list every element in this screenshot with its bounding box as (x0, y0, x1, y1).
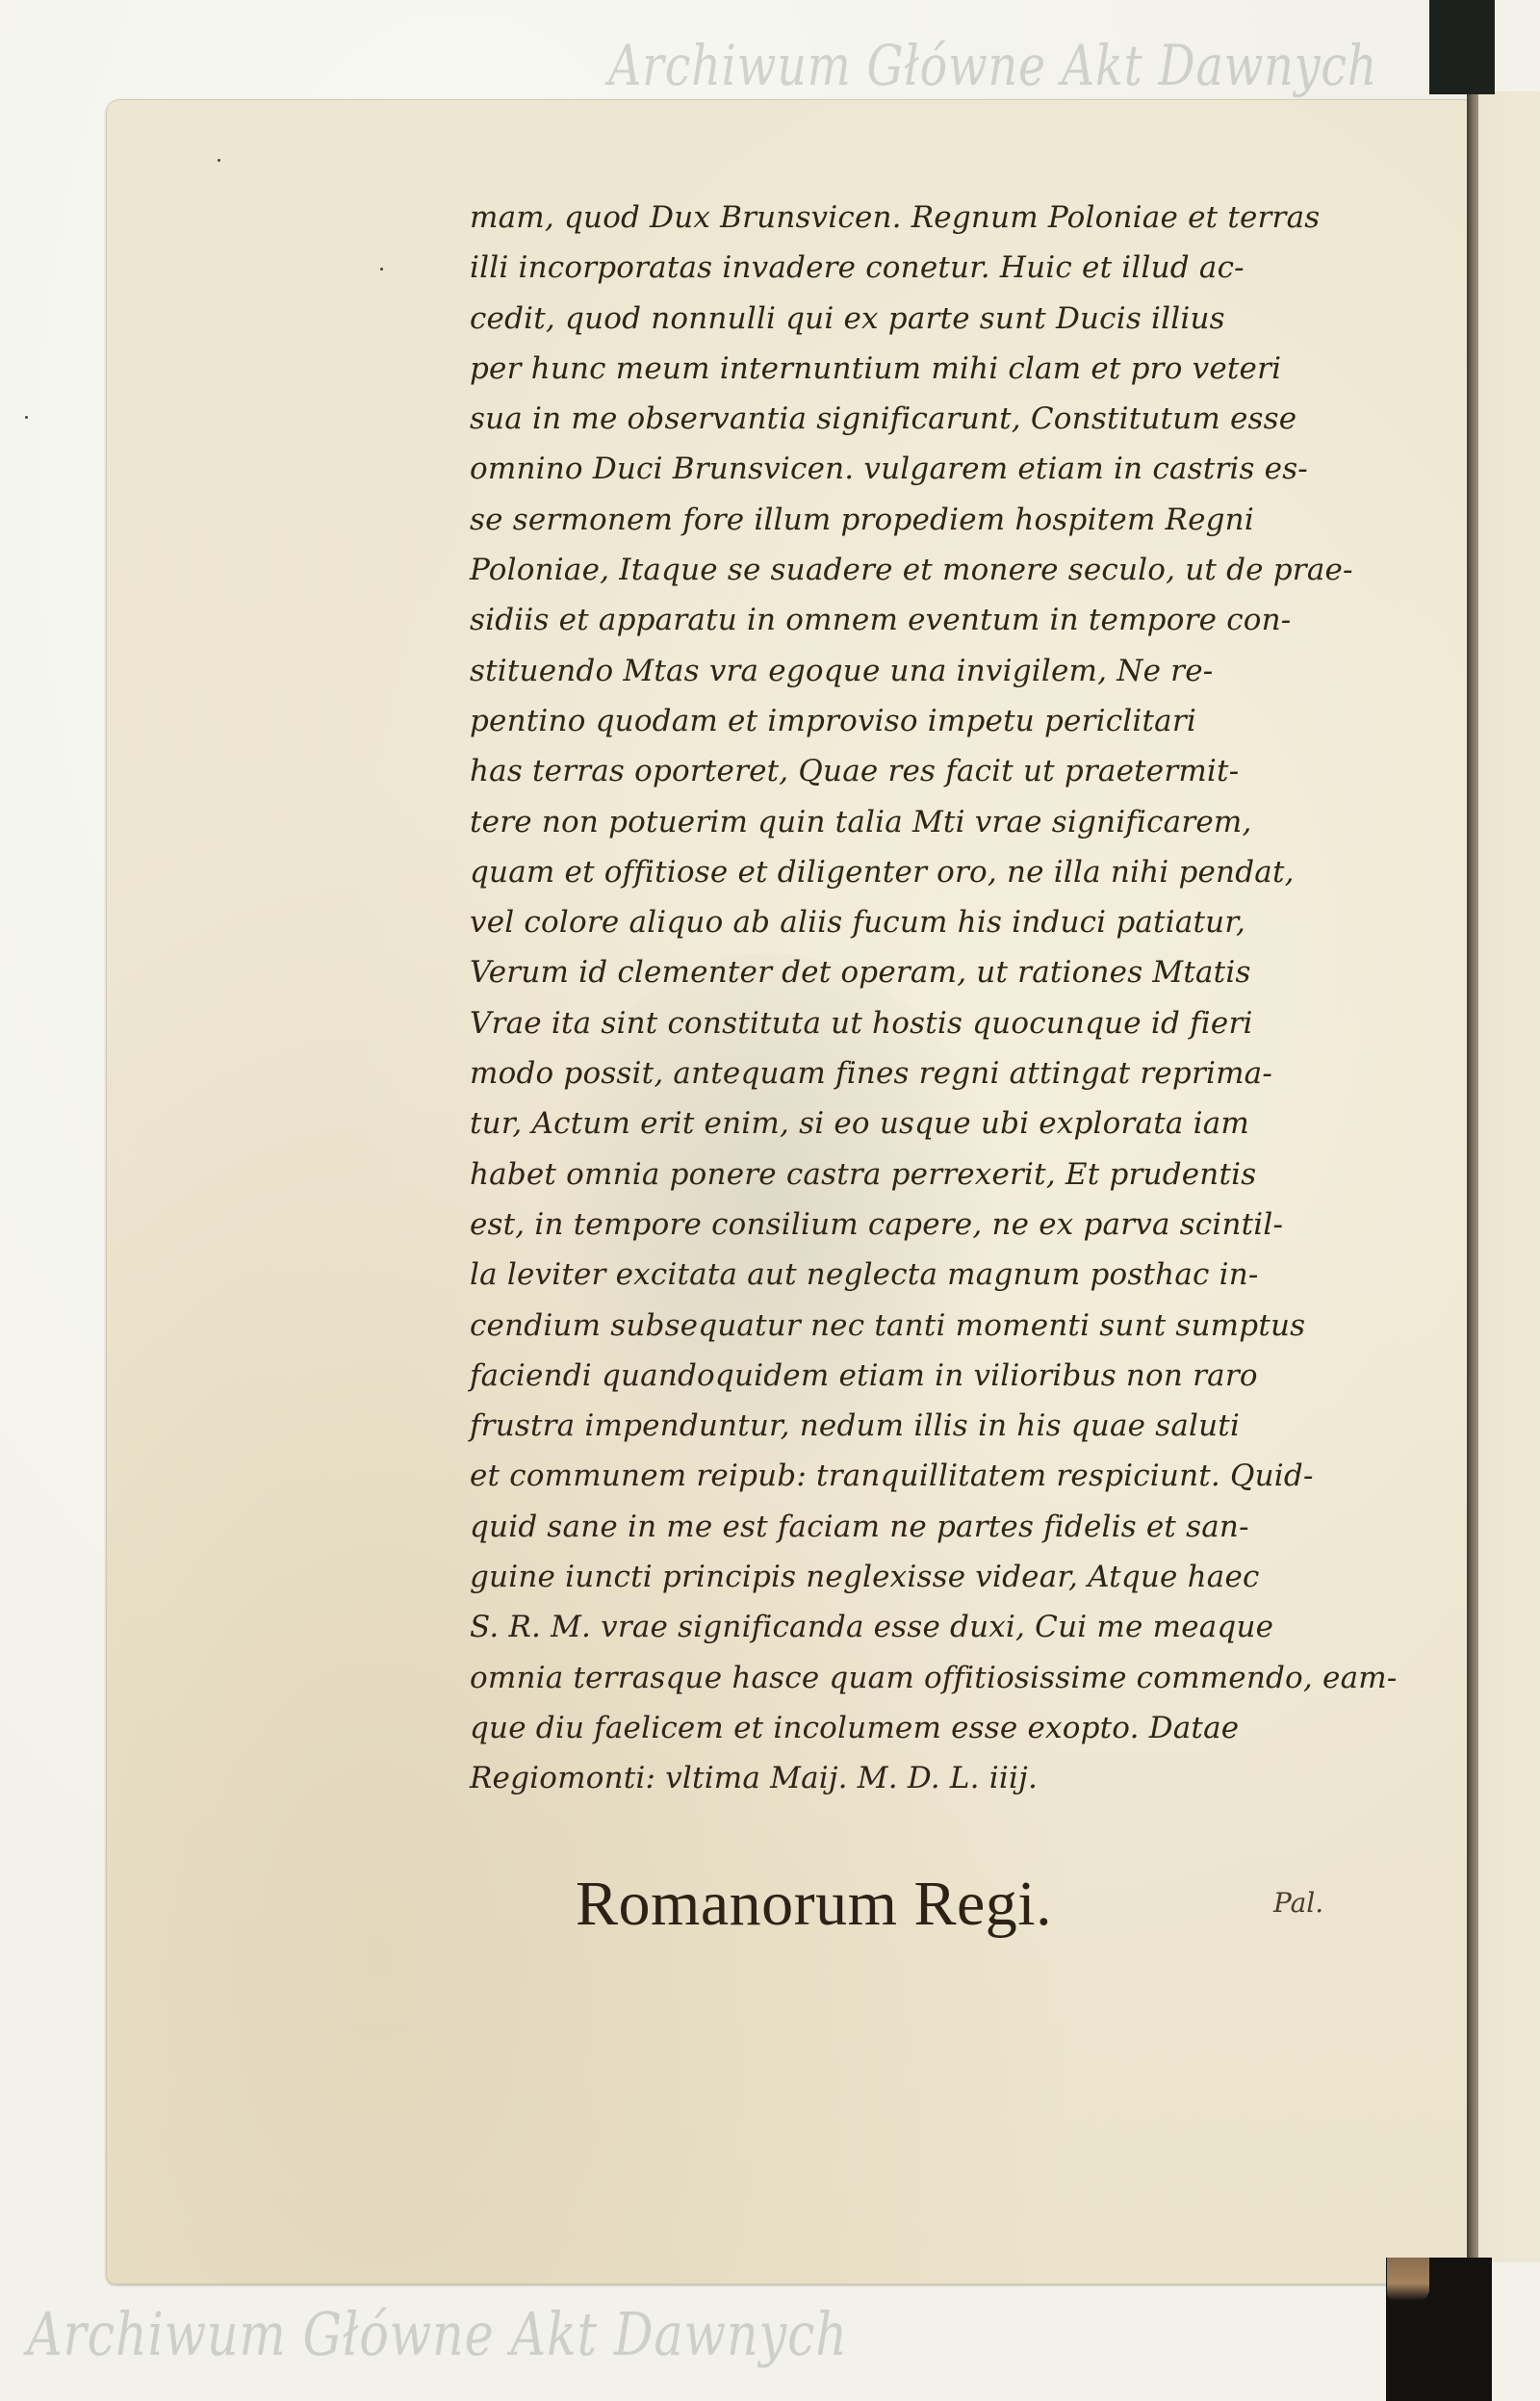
text-line: se sermonem fore illum propediem hospite… (470, 495, 1355, 545)
text-line: cedit, quod nonnulli qui ex parte sunt D… (470, 294, 1355, 344)
text-line: quam et offitiose et diligenter oro, ne … (470, 847, 1355, 897)
text-line: habet omnia ponere castra perrexerit, Et… (470, 1149, 1355, 1200)
text-line: Poloniae, Itaque se suadere et monere se… (470, 545, 1355, 595)
letter-body: mam, quod Dux Brunsvicen. Regnum Polonia… (470, 193, 1355, 1804)
binding-strip-top (1429, 0, 1495, 94)
text-line: guine iuncti principis neglexisse videar… (470, 1552, 1355, 1602)
paper-speck (25, 416, 28, 419)
text-line: sidiis et apparatu in omnem eventum in t… (470, 595, 1355, 645)
paper-speck (380, 268, 383, 271)
text-line: vel colore aliquo ab aliis fucum his ind… (470, 897, 1355, 947)
text-line: est, in tempore consilium capere, ne ex … (470, 1200, 1355, 1250)
text-line: omnia terrasque hasce quam offitiosissim… (470, 1653, 1355, 1703)
binding-gutter (1467, 94, 1478, 2260)
text-line: omnino Duci Brunsvicen. vulgarem etiam i… (470, 444, 1355, 494)
text-line: illi incorporatas invadere conetur. Huic… (470, 243, 1355, 293)
text-line: quid sane in me est faciam ne partes fid… (470, 1502, 1355, 1552)
date-line: Regiomonti: vltima Maij. M. D. L. iiij. (470, 1753, 1355, 1803)
text-line: Vrae ita sint constituta ut hostis quocu… (470, 998, 1355, 1048)
adjacent-page-edge (1473, 91, 1540, 2262)
frayed-binding-thread (1387, 2258, 1429, 2301)
marginal-note: Pal. (1273, 1887, 1323, 1919)
text-line: per hunc meum internuntium mihi clam et … (470, 344, 1355, 394)
text-line: cendium subsequatur nec tanti momenti su… (470, 1301, 1355, 1351)
text-line: la leviter excitata aut neglecta magnum … (470, 1250, 1355, 1300)
text-line: has terras oporteret, Quae res facit ut … (470, 746, 1355, 796)
text-line: frustra impenduntur, nedum illis in his … (470, 1401, 1355, 1451)
text-line: que diu faelicem et incolumem esse exopt… (470, 1703, 1355, 1753)
text-line: pentino quodam et improviso impetu peric… (470, 696, 1355, 746)
text-line: tur, Actum erit enim, si eo usque ubi ex… (470, 1098, 1355, 1149)
text-line: mam, quod Dux Brunsvicen. Regnum Polonia… (470, 193, 1355, 243)
text-line: stituendo Mtas vra egoque una invigilem,… (470, 646, 1355, 696)
text-line: S. R. M. vrae significanda esse duxi, Cu… (470, 1602, 1355, 1652)
text-line: sua in me observantia significarunt, Con… (470, 394, 1355, 444)
paper-speck (218, 159, 220, 162)
text-line: et communem reipub: tranquillitatem resp… (470, 1451, 1355, 1501)
text-line: modo possit, antequam fines regni atting… (470, 1048, 1355, 1098)
closing-address: Romanorum Regi. (576, 1868, 1052, 1941)
text-line: tere non potuerim quin talia Mti vrae si… (470, 797, 1355, 847)
text-line: faciendi quandoquidem etiam in vilioribu… (470, 1351, 1355, 1401)
text-line: Verum id clementer det operam, ut ration… (470, 947, 1355, 997)
